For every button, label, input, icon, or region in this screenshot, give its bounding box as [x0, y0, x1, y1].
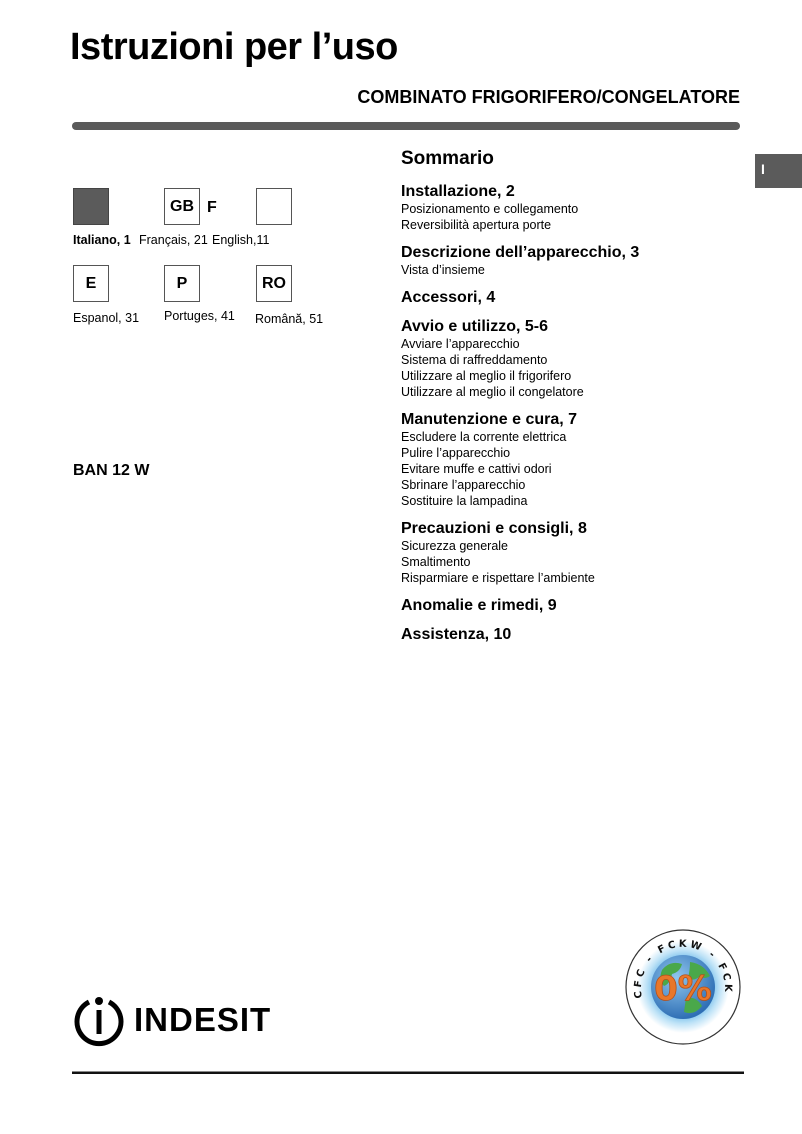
language-code: GB: [170, 198, 194, 216]
toc-section-heading[interactable]: Precauzioni e consigli, 8: [401, 519, 741, 538]
header-divider: [72, 122, 740, 130]
toc-item[interactable]: Smaltimento: [401, 554, 741, 570]
toc-section-heading[interactable]: Assistenza, 10: [401, 625, 741, 644]
toc-section: Anomalie e rimedi, 9: [401, 596, 741, 615]
toc-section: Precauzioni e consigli, 8Sicurezza gener…: [401, 519, 741, 586]
language-label-francais: Français, 21: [139, 233, 208, 248]
toc-item[interactable]: Posizionamento e collegamento: [401, 201, 741, 217]
language-box-espanol[interactable]: E: [73, 265, 109, 302]
toc-item[interactable]: Avviare l’apparecchio: [401, 336, 741, 352]
toc-item[interactable]: Evitare muffe e cattivi odori: [401, 461, 741, 477]
toc-item[interactable]: Sistema di raffreddamento: [401, 352, 741, 368]
toc-item[interactable]: Utilizzare al meglio il frigorifero: [401, 368, 741, 384]
toc-section: Manutenzione e cura, 7Escludere la corre…: [401, 410, 741, 509]
indesit-logo: INDESIT: [72, 994, 271, 1046]
toc-item[interactable]: Utilizzare al meglio il congelatore: [401, 384, 741, 400]
language-box-english[interactable]: [256, 188, 292, 225]
toc-item[interactable]: Escludere la corrente elettrica: [401, 429, 741, 445]
language-label-italiano: Italiano, 1: [73, 233, 131, 248]
toc-section-heading[interactable]: Accessori, 4: [401, 288, 741, 307]
language-label-romana: Română, 51: [255, 312, 323, 327]
toc-item[interactable]: Sicurezza generale: [401, 538, 741, 554]
toc-item[interactable]: Sbrinare l’apparecchio: [401, 477, 741, 493]
toc-section: Descrizione dell’apparecchio, 3Vista d’i…: [401, 243, 741, 278]
brand-name: INDESIT: [134, 1001, 271, 1039]
language-code-f[interactable]: F: [207, 199, 217, 217]
toc-section: Installazione, 2Posizionamento e collega…: [401, 182, 741, 233]
language-label-portuges: Portuges, 41: [164, 309, 235, 324]
toc-section-heading[interactable]: Avvio e utilizzo, 5-6: [401, 317, 741, 336]
language-code: RO: [262, 275, 286, 293]
table-of-contents: Sommario Installazione, 2Posizionamento …: [401, 148, 741, 654]
toc-item[interactable]: Reversibilità apertura porte: [401, 217, 741, 233]
language-code: E: [86, 275, 97, 293]
language-box-romana[interactable]: RO: [256, 265, 292, 302]
model-number: BAN 12 W: [73, 462, 149, 480]
toc-section: Accessori, 4: [401, 288, 741, 307]
footer-divider: [72, 1071, 744, 1074]
toc-section-heading[interactable]: Anomalie e rimedi, 9: [401, 596, 741, 615]
toc-item[interactable]: Pulire l’apparecchio: [401, 445, 741, 461]
toc-section-heading[interactable]: Descrizione dell’apparecchio, 3: [401, 243, 741, 262]
globe-icon: CFC - FCKW - FCK 0%: [624, 928, 742, 1046]
document-title: Istruzioni per l’uso: [70, 24, 398, 70]
cfc-free-badge: CFC - FCKW - FCK 0%: [624, 928, 742, 1046]
indesit-i-logo-icon: [72, 993, 126, 1047]
toc-section: Avvio e utilizzo, 5-6Avviare l’apparecch…: [401, 317, 741, 400]
toc-section: Assistenza, 10: [401, 625, 741, 644]
language-code: P: [177, 275, 188, 293]
svg-text:0%: 0%: [654, 969, 712, 1009]
language-tab: I: [755, 154, 802, 188]
language-label-english: English,11: [212, 233, 269, 248]
toc-item[interactable]: Risparmiare e rispettare l’ambiente: [401, 570, 741, 586]
toc-title: Sommario: [401, 148, 741, 170]
language-label-espanol: Espanol, 31: [73, 311, 139, 326]
toc-item[interactable]: Vista d’insieme: [401, 262, 741, 278]
toc-section-heading[interactable]: Installazione, 2: [401, 182, 741, 201]
document-subtitle: COMBINATO FRIGORIFERO/CONGELATORE: [357, 86, 740, 108]
toc-section-heading[interactable]: Manutenzione e cura, 7: [401, 410, 741, 429]
language-tab-label: I: [761, 161, 765, 177]
toc-item[interactable]: Sostituire la lampadina: [401, 493, 741, 509]
language-box-gb[interactable]: GB: [164, 188, 200, 225]
language-box-portuges[interactable]: P: [164, 265, 200, 302]
language-box-italiano[interactable]: [73, 188, 109, 225]
